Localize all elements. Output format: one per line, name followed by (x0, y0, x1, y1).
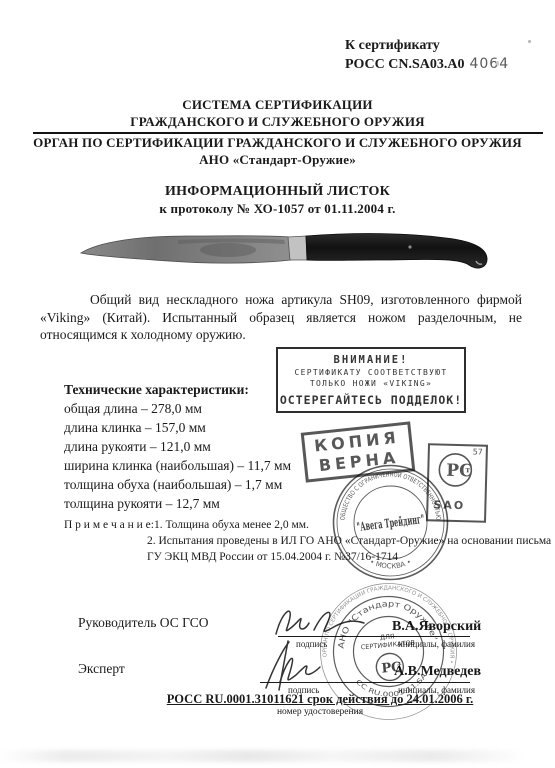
description-paragraph: Общий вид нескладного ножа артикула SH09… (40, 291, 522, 344)
header-divider (33, 132, 543, 134)
note-label: П р и м е ч а н и е: (64, 519, 154, 531)
note-line1: П р и м е ч а н и е:1. Толщина обуха мен… (64, 517, 551, 533)
scan-speck (528, 40, 531, 43)
certificate-reference-line1: К сертификату (345, 36, 509, 55)
cert-stamp-center-line2: СЕРТИФИКАТОВ (360, 639, 415, 652)
knife-bolster (288, 236, 307, 260)
note-2: 2. Испытания проведены в ИЛ ГО АНО «Стан… (64, 533, 551, 549)
spec-item: общая длина – 278,0 мм (64, 399, 291, 418)
knife-photo (78, 228, 493, 276)
scan-speck (496, 61, 499, 66)
warning-stamp: ВНИМАНИЕ! СЕРТИФИКАТУ СООТВЕТСТВУЮТ ТОЛЬ… (276, 347, 466, 413)
org-title-line1: ОРГАН ПО СЕРТИФИКАЦИИ ГРАЖДАНСКОГО И СЛУ… (0, 135, 555, 152)
warning-line4: ОСТЕРЕГАЙТЕСЬ ПОДДЕЛОК! (280, 393, 462, 407)
spec-item: длина рукояти – 121,0 мм (64, 437, 291, 456)
specs-title: Технические характеристики: (64, 380, 291, 399)
system-title-line1: СИСТЕМА СЕРТИФИКАЦИИ (0, 97, 555, 114)
document-page: К сертификату РОСС CN.SA03.A04064 СИСТЕМ… (0, 0, 555, 768)
spec-item: ширина клинка (наибольшая) – 11,7 мм (64, 456, 291, 475)
certificate-code: РОСС CN.SA03.A0 (345, 57, 464, 72)
certificate-reference: К сертификату РОСС CN.SA03.A04064 (345, 36, 509, 74)
footer-cert-label: номер удостоверения (100, 707, 540, 717)
spec-item: толщина рукояти – 12,7 мм (64, 494, 291, 513)
technical-specs: Технические характеристики: общая длина … (64, 380, 291, 513)
footer-cert-line: РОСС RU.0001.31011621 срок действия до 2… (100, 692, 540, 707)
certificate-reference-line2: РОСС CN.SA03.A04064 (345, 55, 509, 74)
certificate-number: 4064 (469, 56, 509, 72)
warning-line2: СЕРТИФИКАТУ СООТВЕТСТВУЮТ (295, 368, 448, 377)
org-title-line2: АНО «Стандарт-Оружие» (0, 152, 555, 169)
note-3: ГУ ЭКЦ МВД России от 15.04.2004 г. №37/1… (64, 549, 551, 565)
spec-item: длина клинка – 157,0 мм (64, 418, 291, 437)
warning-line3: ТОЛЬКО НОЖИ «VIKING» (310, 379, 432, 388)
svg-text:т: т (465, 464, 470, 474)
scan-smudge (0, 750, 555, 762)
warning-line1: ВНИМАНИЕ! (334, 354, 409, 366)
spec-item: толщина обуха (наибольшая) – 1,7 мм (64, 475, 291, 494)
note-1: 1. Толщина обуха менее 2,0 мм. (154, 519, 309, 531)
document-header: СИСТЕМА СЕРТИФИКАЦИИ ГРАЖДАНСКОГО И СЛУЖ… (0, 97, 555, 217)
footer: РОСС RU.0001.31011621 срок действия до 2… (100, 692, 540, 717)
document-title: ИНФОРМАЦИОННЫЙ ЛИСТОК (0, 184, 555, 201)
notes-block: П р и м е ч а н и е:1. Толщина обуха мен… (64, 517, 551, 565)
system-title-line2: ГРАЖДАНСКОГО И СЛУЖЕБНОГО ОРУЖИЯ (0, 114, 555, 131)
role-expert: Эксперт (78, 661, 125, 677)
role-head-of-body: Руководитель ОС ГСО (78, 615, 208, 631)
knife-handle (306, 234, 487, 269)
document-subtitle: к протоколу № ХО-1057 от 01.11.2004 г. (0, 201, 555, 218)
